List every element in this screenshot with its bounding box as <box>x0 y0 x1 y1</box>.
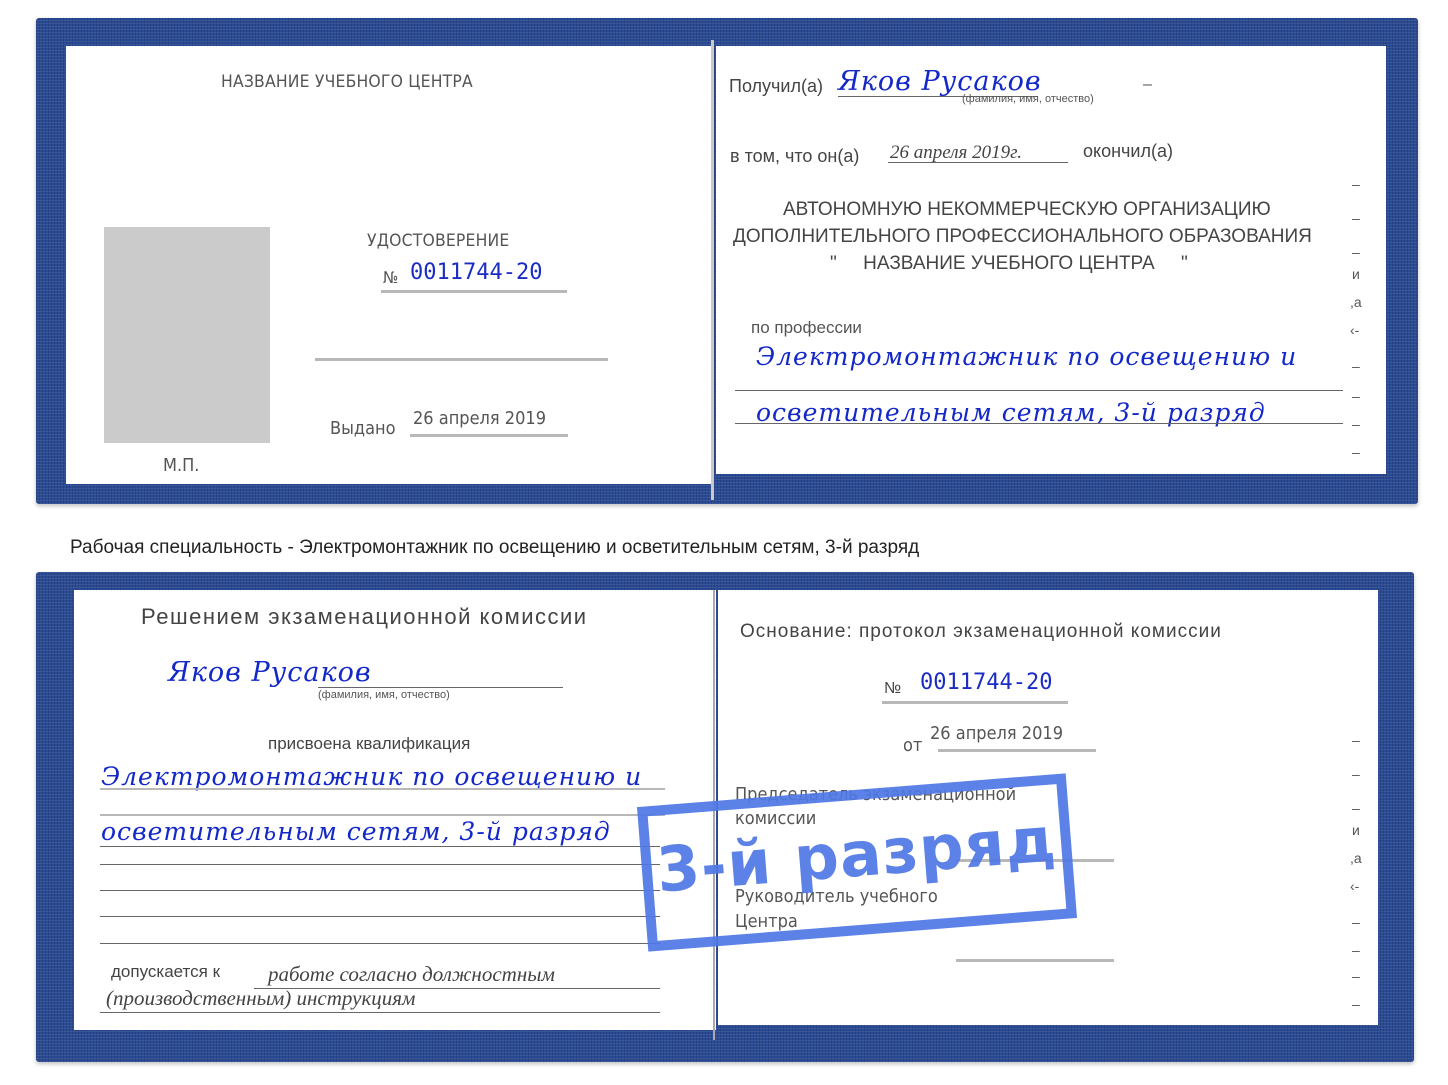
certificate-number: 0011744-20 <box>410 260 542 285</box>
person-underline <box>318 687 563 688</box>
profession-underline-1 <box>735 390 1343 391</box>
basis-title: Основание: протокол экзаменационной коми… <box>740 621 1222 643</box>
protocol-number-underline <box>882 701 1068 704</box>
person-name: Яков Русаков <box>168 657 372 688</box>
document-title: УДОСТОВЕРЕНИЕ <box>367 231 510 251</box>
admitted-line-1: работе согласно должностным <box>268 962 555 987</box>
profession-underline-2 <box>735 423 1343 424</box>
profession-label: по профессии <box>751 318 862 338</box>
number-label: № <box>383 268 398 287</box>
number-underline <box>381 290 567 293</box>
qualification-line-1: Электромонтажник по освещению и <box>101 762 642 791</box>
head-signature-line <box>956 959 1114 962</box>
qualification-label: присвоена квалификация <box>268 734 470 754</box>
blank-line-4 <box>100 943 660 944</box>
top-spine <box>711 40 714 500</box>
specialty-caption: Рабочая специальность - Электромонтажник… <box>70 534 1050 562</box>
protocol-number-label: № <box>884 680 901 698</box>
from-date-underline <box>938 749 1096 752</box>
dash-mark: – <box>1143 76 1152 94</box>
issued-date: 26 апреля 2019 <box>413 408 546 429</box>
admitted-underline-2 <box>100 1012 660 1013</box>
blank-line-2 <box>100 890 660 891</box>
finished-label: окончил(а) <box>1083 141 1173 162</box>
decision-title: Решением экзаменационной комиссии <box>141 604 588 630</box>
org-line-1: АВТОНОМНУЮ НЕКОММЕРЧЕСКУЮ ОРГАНИЗАЦИЮ <box>783 199 1271 221</box>
signature-line <box>315 358 608 361</box>
blank-line-3 <box>100 916 660 917</box>
training-center-name: НАЗВАНИЕ УЧЕБНОГО ЦЕНТРА <box>221 72 473 92</box>
admitted-line-2: (производственным) инструкциям <box>106 986 415 1011</box>
grade-stamp-text: 3-й разряд <box>649 802 1063 907</box>
stamp-place-label: М.П. <box>163 455 199 476</box>
qualification-line-2: осветительным сетям, 3-й разряд <box>101 817 611 846</box>
received-label: Получил(а) <box>729 76 823 97</box>
qualification-underline-1b <box>100 814 665 816</box>
blank-line-1 <box>100 864 660 865</box>
qualification-underline-2 <box>100 846 660 847</box>
profession-line-1: Электромонтажник по освещению и <box>756 342 1297 371</box>
qualification-underline-1 <box>100 788 665 790</box>
issued-label: Выдано <box>330 418 396 439</box>
photo-placeholder <box>104 227 270 443</box>
name-hint-bottom: (фамилия, имя, отчество) <box>318 689 450 701</box>
in-that-label: в том, что он(а) <box>730 146 859 167</box>
protocol-number: 0011744-20 <box>920 670 1052 695</box>
name-hint: (фамилия, имя, отчество) <box>962 93 1094 105</box>
from-label: от <box>903 735 922 756</box>
issued-underline <box>410 434 568 437</box>
from-date: 26 апреля 2019 <box>930 723 1063 744</box>
org-line-2: ДОПОЛНИТЕЛЬНОГО ПРОФЕССИОНАЛЬНОГО ОБРАЗО… <box>733 226 1312 248</box>
graduation-date: 26 апреля 2019г. <box>890 142 1022 164</box>
org-line-3: " НАЗВАНИЕ УЧЕБНОГО ЦЕНТРА " <box>830 253 1188 275</box>
admitted-label: допускается к <box>111 962 220 982</box>
graduation-underline <box>888 162 1068 163</box>
